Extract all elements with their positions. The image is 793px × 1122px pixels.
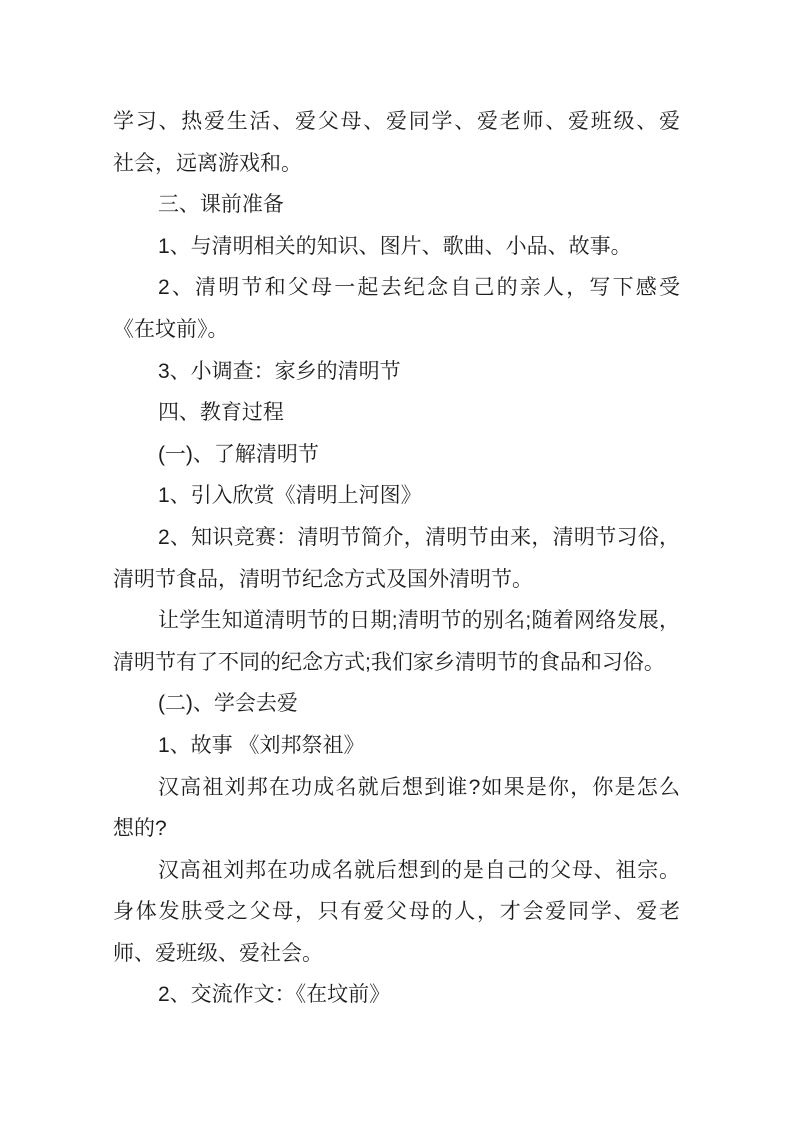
text-line: 2、清明节和父母一起去纪念自己的亲人，写下感受 <box>113 267 680 309</box>
text-line: (一)、了解清明节 <box>113 434 680 476</box>
paragraph: (一)、了解清明节 <box>113 434 680 476</box>
paragraph: 汉高祖刘邦在功成名就后想到谁?如果是你，你是怎么想的? <box>113 767 680 850</box>
paragraph: 2、交流作文：《在坟前》 <box>113 974 680 1016</box>
paragraph: 让学生知道清明节的日期;清明节的别名;随着网络发展，清明节有了不同的纪念方式;我… <box>113 600 680 683</box>
text-line: 3、小调查：家乡的清明节 <box>113 351 680 393</box>
text-line: 学习、热爱生活、爱父母、爱同学、爱老师、爱班级、爱 <box>113 101 680 143</box>
text-line: 身体发肤受之父母，只有爱父母的人，才会爱同学、爱老 <box>113 891 680 933</box>
text-line: 清明节有了不同的纪念方式;我们家乡清明节的食品和习俗。 <box>113 642 680 684</box>
text-line: 《在坟前》。 <box>113 309 680 351</box>
paragraph: 学习、热爱生活、爱父母、爱同学、爱老师、爱班级、爱社会，远离游戏和。 <box>113 101 680 184</box>
paragraph: 1、与清明相关的知识、图片、歌曲、小品、故事。 <box>113 226 680 268</box>
paragraph: 三、课前准备 <box>113 184 680 226</box>
text-line: 三、课前准备 <box>113 184 680 226</box>
paragraph: 1、故事 《刘邦祭祖》 <box>113 725 680 767</box>
text-line: 汉高祖刘邦在功成名就后想到谁?如果是你，你是怎么 <box>113 767 680 809</box>
paragraph: (二)、学会去爱 <box>113 683 680 725</box>
paragraph: 四、教育过程 <box>113 392 680 434</box>
text-line: 想的? <box>113 808 680 850</box>
text-line: 1、与清明相关的知识、图片、歌曲、小品、故事。 <box>113 226 680 268</box>
text-line: 清明节食品，清明节纪念方式及国外清明节。 <box>113 559 680 601</box>
text-line: 让学生知道清明节的日期;清明节的别名;随着网络发展， <box>113 600 680 642</box>
text-line: 2、知识竞赛：清明节简介，清明节由来，清明节习俗， <box>113 517 680 559</box>
paragraph: 2、清明节和父母一起去纪念自己的亲人，写下感受《在坟前》。 <box>113 267 680 350</box>
paragraph: 2、知识竞赛：清明节简介，清明节由来，清明节习俗，清明节食品，清明节纪念方式及国… <box>113 517 680 600</box>
paragraph: 1、引入欣赏《清明上河图》 <box>113 475 680 517</box>
text-line: 社会，远离游戏和。 <box>113 143 680 185</box>
text-line: 四、教育过程 <box>113 392 680 434</box>
text-line: 2、交流作文：《在坟前》 <box>113 974 680 1016</box>
text-line: 师、爱班级、爱社会。 <box>113 933 680 975</box>
text-line: 汉高祖刘邦在功成名就后想到的是自己的父母、祖宗。 <box>113 850 680 892</box>
paragraph: 汉高祖刘邦在功成名就后想到的是自己的父母、祖宗。身体发肤受之父母，只有爱父母的人… <box>113 850 680 975</box>
document-body: 学习、热爱生活、爱父母、爱同学、爱老师、爱班级、爱社会，远离游戏和。三、课前准备… <box>113 101 680 1016</box>
text-line: 1、引入欣赏《清明上河图》 <box>113 475 680 517</box>
text-line: (二)、学会去爱 <box>113 683 680 725</box>
text-line: 1、故事 《刘邦祭祖》 <box>113 725 680 767</box>
document-page: 学习、热爱生活、爱父母、爱同学、爱老师、爱班级、爱社会，远离游戏和。三、课前准备… <box>0 0 793 1122</box>
paragraph: 3、小调查：家乡的清明节 <box>113 351 680 393</box>
